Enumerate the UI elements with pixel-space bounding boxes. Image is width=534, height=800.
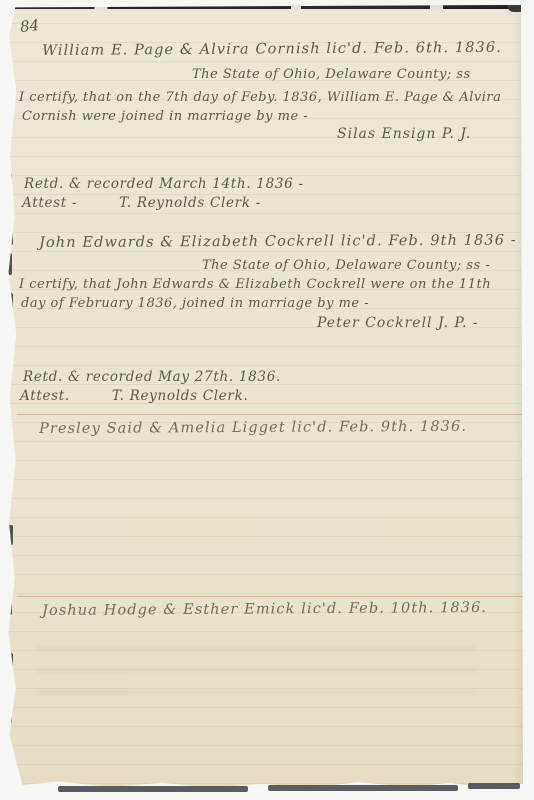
binding-mark xyxy=(8,525,13,545)
binding-mark xyxy=(7,705,12,723)
record-2-clerk-signature: T. Reynolds Clerk. xyxy=(112,388,249,404)
record-1-attest-line: Attest -T. Reynolds Clerk - xyxy=(22,195,261,211)
record-3-license-line: Presley Said & Amelia Ligget lic'd. Feb.… xyxy=(39,419,467,437)
record-1-certify-line-2: Cornish were joined in marriage by me - xyxy=(22,109,308,124)
book-edge-strip xyxy=(468,783,520,789)
record-2-attest-label: Attest. xyxy=(20,388,70,404)
record-1-state-line: The State of Ohio, Delaware County; ss xyxy=(192,67,471,82)
scanned-marriage-register: 84 William E. Page & Alvira Cornish lic'… xyxy=(0,0,534,800)
entry-divider-rule-2 xyxy=(17,596,523,597)
ink-bleed-through xyxy=(37,641,477,701)
record-4-license-line: Joshua Hodge & Esther Emick lic'd. Feb. … xyxy=(42,600,487,619)
record-2-license-line: John Edwards & Elizabeth Cockrell lic'd.… xyxy=(39,232,517,251)
binding-mark xyxy=(7,253,12,275)
record-1-clerk-signature: T. Reynolds Clerk - xyxy=(119,195,261,211)
record-2-officiant-signature: Peter Cockrell J. P. - xyxy=(317,315,479,331)
binding-mark xyxy=(7,457,12,481)
ledger-page: 84 William E. Page & Alvira Cornish lic'… xyxy=(7,5,523,790)
binding-mark xyxy=(7,173,12,199)
binding-mark xyxy=(7,591,12,615)
record-1-certify-line-1: I certify, that on the 7th day of Feby. … xyxy=(19,90,501,105)
record-1-attest-label: Attest - xyxy=(22,195,77,211)
record-2-attest-line: Attest.T. Reynolds Clerk. xyxy=(20,388,248,404)
entry-divider-rule-1 xyxy=(17,414,523,415)
book-edge-strip xyxy=(268,785,458,791)
record-2-certify-line-2: day of February 1836, joined in marriage… xyxy=(21,296,369,311)
binding-mark xyxy=(8,227,13,245)
book-corner-mark xyxy=(507,5,523,12)
record-2-recorded-line: Retd. & recorded May 27th. 1836. xyxy=(23,369,281,385)
record-1-license-line: William E. Page & Alvira Cornish lic'd. … xyxy=(42,40,502,59)
binding-mark xyxy=(8,293,13,313)
page-top-edge xyxy=(7,5,523,9)
book-edge-strip xyxy=(58,786,248,792)
record-2-state-line: The State of Ohio, Delaware County; ss - xyxy=(202,258,490,273)
record-2-certify-line-1: I certify, that John Edwards & Elizabeth… xyxy=(19,277,491,292)
binding-mark xyxy=(8,653,13,673)
record-1-officiant-signature: Silas Ensign P. J. xyxy=(337,126,471,142)
record-1-recorded-line: Retd. & recorded March 14th. 1836 - xyxy=(24,176,304,192)
page-number: 84 xyxy=(19,16,40,36)
